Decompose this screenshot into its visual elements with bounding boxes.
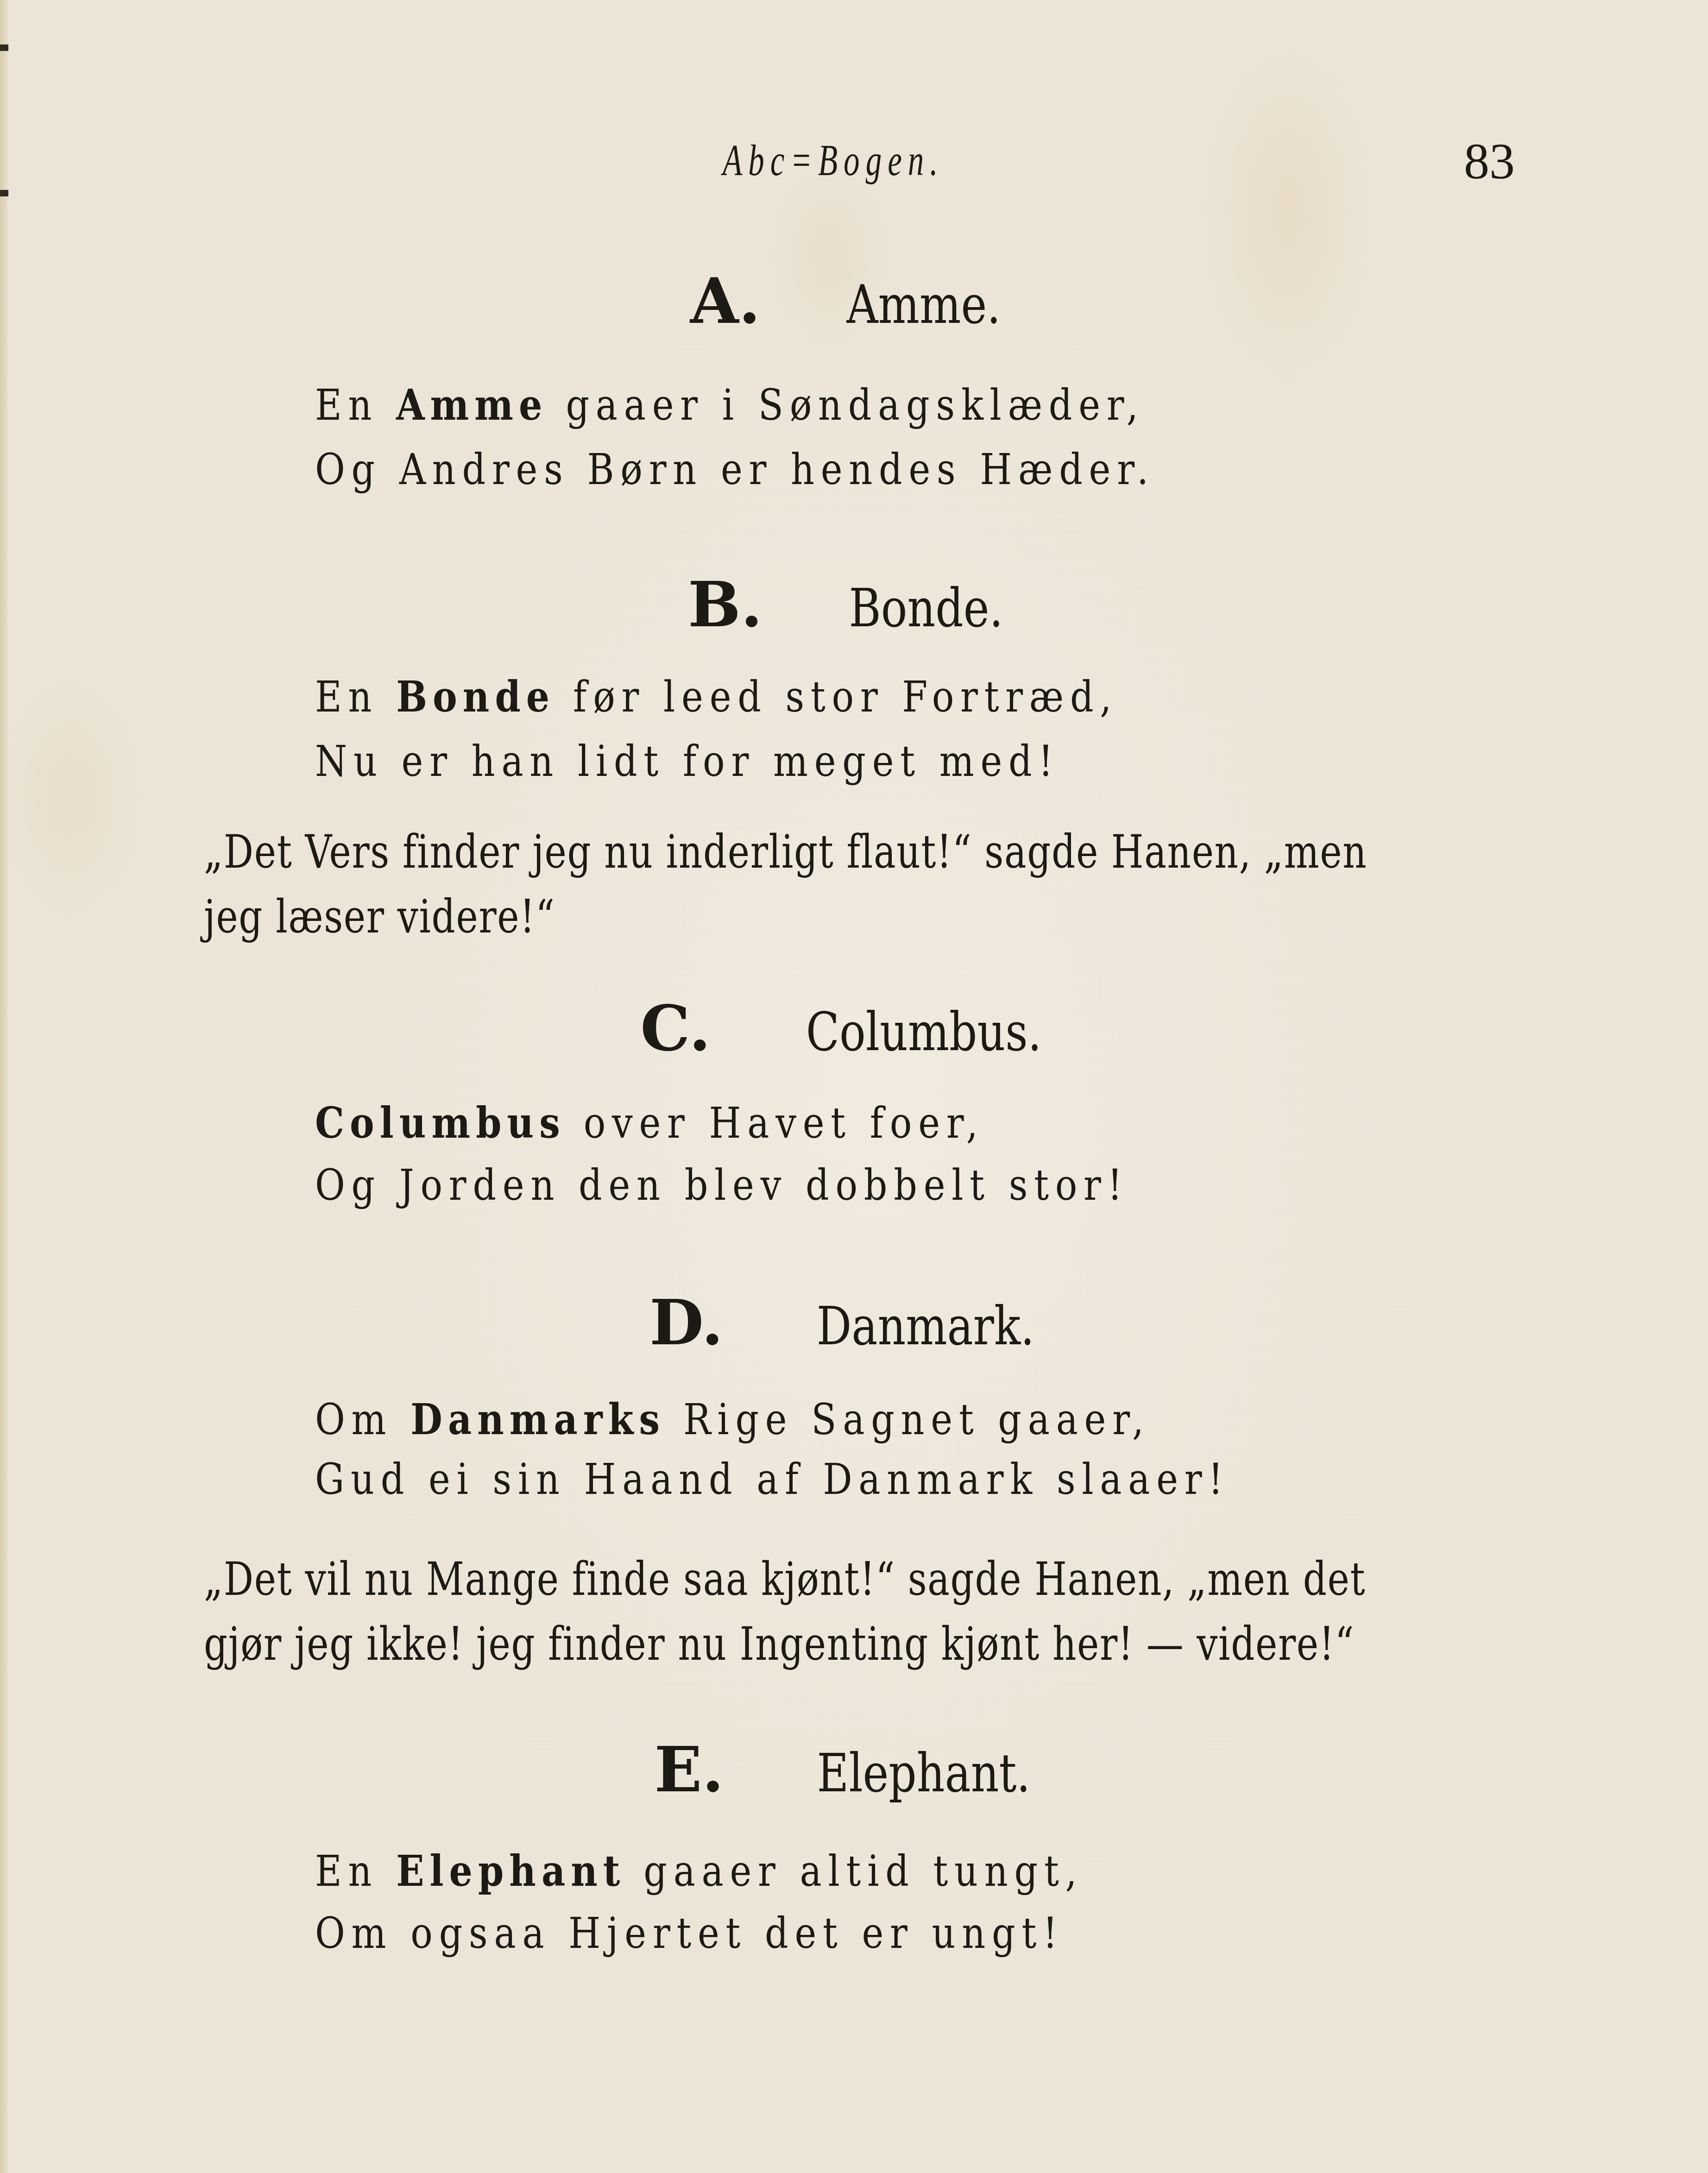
entry-letter: C. xyxy=(640,991,711,1065)
page-number: 83 xyxy=(1464,132,1515,191)
verse-line: Gud ei sin Haand af Danmark slaaer! xyxy=(315,1455,1229,1504)
verse-keyword: Danmarks xyxy=(410,1394,665,1444)
running-head-title: Abc=Bogen. xyxy=(723,134,944,186)
hanen-comment-line: gjør jeg ikke! jeg finder nu Ingenting k… xyxy=(204,1617,1355,1671)
binding-thread-mark xyxy=(0,190,8,196)
hanen-comment-line: jeg læser videre!“ xyxy=(204,889,555,944)
verse-line: Columbus over Havet foer, xyxy=(315,1098,984,1148)
entry-word: Danmark. xyxy=(817,1295,1034,1357)
verse-line: En Elephant gaaer altid tungt, xyxy=(315,1846,1083,1896)
verse-line: Og Jorden den blev dobbelt stor! xyxy=(315,1160,1128,1210)
entry-letter: A. xyxy=(690,264,761,338)
entry-heading-c: C.Columbus. xyxy=(0,991,1708,1065)
entry-word: Elephant. xyxy=(817,1742,1030,1804)
entry-heading-e: E.Elephant. xyxy=(0,1732,1708,1806)
entry-word: Bonde. xyxy=(849,577,1003,639)
book-page: Abc=Bogen. 83 A.Amme. En Amme gaaer i Sø… xyxy=(0,0,1708,2173)
verse-keyword: Elephant xyxy=(396,1846,625,1896)
verse-line: Nu er han lidt for meget med! xyxy=(315,737,1059,786)
verse-line: En Amme gaaer i Søndagsklæder, xyxy=(315,380,1145,430)
verse-keyword: Bonde xyxy=(396,672,555,722)
entry-word: Columbus. xyxy=(806,1001,1042,1063)
entry-heading-d: D.Danmark. xyxy=(0,1285,1708,1359)
binding-thread-mark xyxy=(0,44,8,51)
verse-keyword: Amme xyxy=(396,380,548,430)
verse-line: Og Andres Børn er hendes Hæder. xyxy=(315,445,1155,494)
entry-heading-a: A.Amme. xyxy=(0,264,1708,338)
entry-letter: B. xyxy=(688,567,763,641)
hanen-comment-line: „Det vil nu Mange finde saa kjønt!“ sagd… xyxy=(204,1552,1366,1606)
entry-heading-b: B.Bonde. xyxy=(0,567,1708,641)
entry-word: Amme. xyxy=(847,274,1001,336)
verse-line: En Bonde før leed stor Fortræd, xyxy=(315,672,1118,722)
verse-line: Om Danmarks Rige Sagnet gaaer, xyxy=(315,1394,1150,1444)
hanen-comment-line: „Det Vers finder jeg nu inderligt flaut!… xyxy=(204,825,1367,879)
entry-letter: D. xyxy=(649,1285,723,1359)
verse-line: Om ogsaa Hjertet det er ungt! xyxy=(315,1908,1064,1958)
entry-letter: E. xyxy=(655,1732,724,1806)
verse-keyword: Columbus xyxy=(315,1098,566,1148)
